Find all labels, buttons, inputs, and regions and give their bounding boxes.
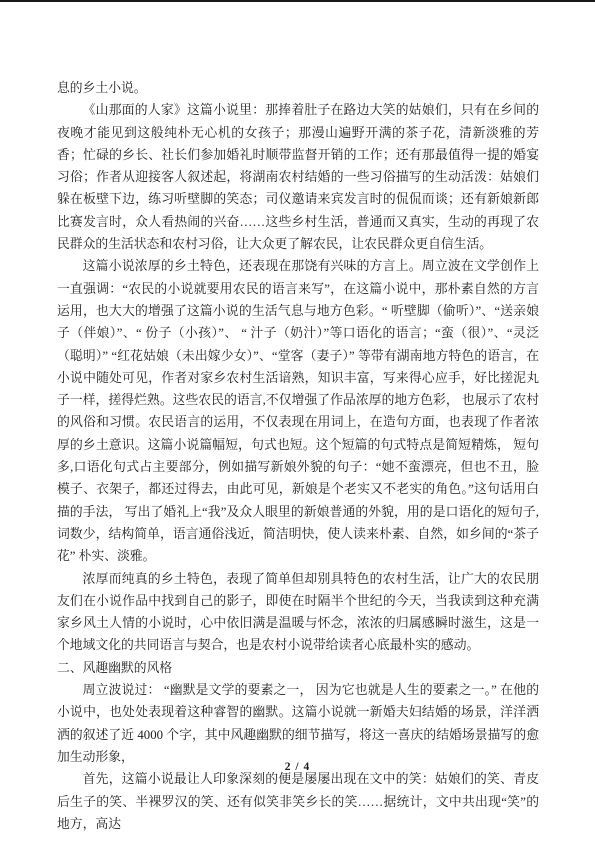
paragraph: 息的乡土小说。 <box>57 77 539 99</box>
paragraph: 首先，这篇小说最让人印象深刻的便是屡屡出现在文中的笑：姑娘们的笑、青皮后生子的笑… <box>57 768 539 835</box>
document-page: 息的乡土小说。《山那面的人家》这篇小说里：那捧着肚子在路边大笑的姑娘们，只有在乡… <box>0 0 595 841</box>
paragraph: 周立波说过： “幽默是文学的要素之一， 因为它也就是人生的要素之一。” 在他的小… <box>57 679 539 768</box>
page-number: 2 / 4 <box>0 761 595 773</box>
document-body: 息的乡土小说。《山那面的人家》这篇小说里：那捧着肚子在路边大笑的姑娘们，只有在乡… <box>57 77 539 835</box>
paragraph: 这篇小说浓厚的乡土特色，还表现在那饶有兴味的方言上。周立波在文学创作上一直强调：… <box>57 255 539 567</box>
paragraph: 《山那面的人家》这篇小说里：那捧着肚子在路边大笑的姑娘们，只有在乡间的夜晚才能见… <box>57 99 539 255</box>
paragraph: 浓厚而纯真的乡土特色，表现了简单但却别具特色的农村生活，让广大的农民朋友们在小说… <box>57 568 539 657</box>
page-top-edge <box>0 0 595 2</box>
section-heading: 二、风趣幽默的风格 <box>57 657 539 679</box>
